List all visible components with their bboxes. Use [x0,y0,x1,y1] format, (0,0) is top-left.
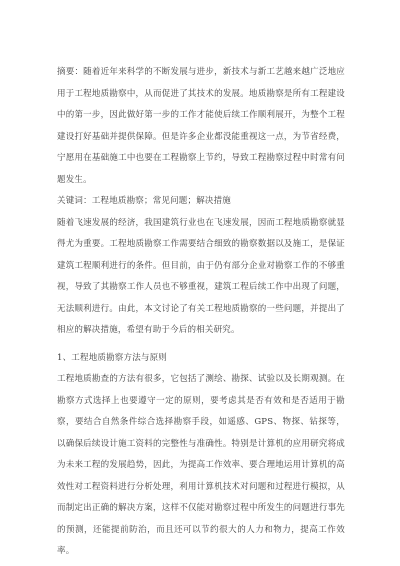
section-1-heading: 1、工程地质勘察方法与原则 [57,348,345,370]
abstract-paragraph: 摘要：随着近年来科学的不断发展与进步，新技术与新工艺越来越广泛地应用于工程地质勘… [57,62,345,191]
document-viewport: 摘要：随着近年来科学的不断发展与进步，新技术与新工艺越来越广泛地应用于工程地质勘… [0,0,400,566]
section-1-body-paragraph: 工程地质勘查的方法有很多，它包括了测绘、勘探、试验以及长期观测。在勘察方式选择上… [57,369,345,563]
introduction-paragraph: 随着飞速发展的经济，我国建筑行业也在飞速发展，因而工程地质勘察就显得尤为重要。工… [57,213,345,342]
document-page: 摘要：随着近年来科学的不断发展与进步，新技术与新工艺越来越广泛地应用于工程地质勘… [0,0,400,566]
keywords-line: 关键词：工程地质勘察；常见问题；解决措施 [57,191,345,213]
